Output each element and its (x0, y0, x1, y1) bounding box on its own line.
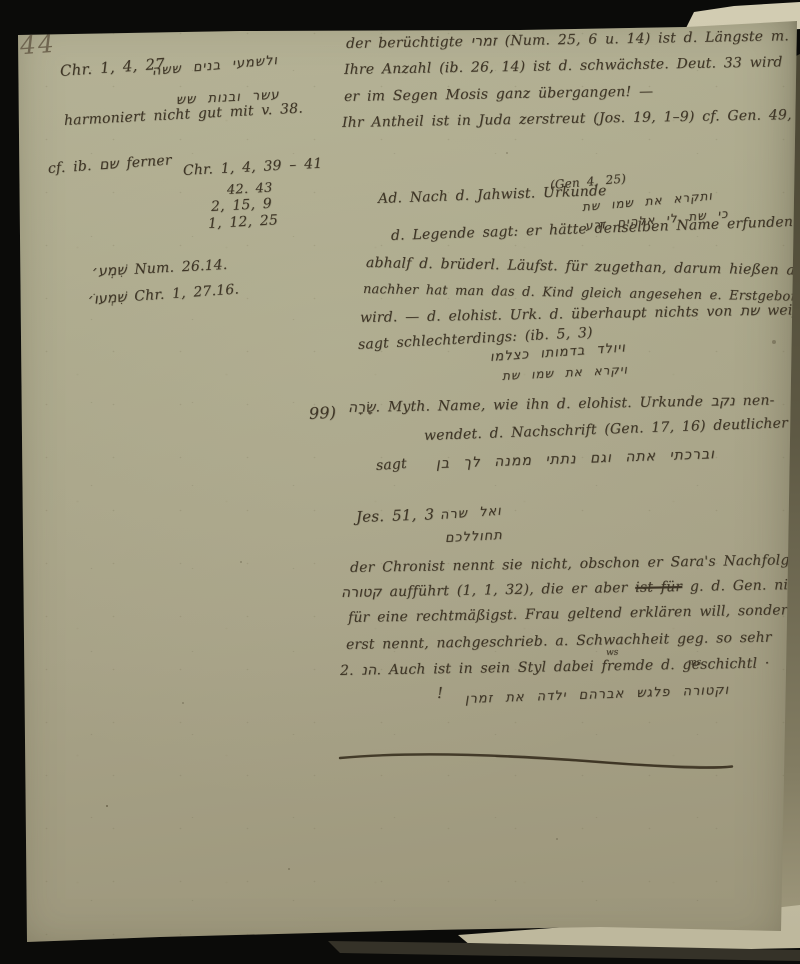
hebrew-line: תחוללכם (445, 528, 504, 546)
page-number: 44 (19, 29, 57, 60)
handwritten-line: Jes. 51, 3 (356, 505, 435, 526)
exclamation-mark: ! (437, 684, 444, 702)
scan-background: 44 Chr. 1, 4, 27 ולשמעי בנים ששה עשר ובנ… (0, 0, 800, 964)
paper-grain-texture (0, 0, 800, 964)
manuscript-page: 44 Chr. 1, 4, 27 ולשמעי בנים ששה עשר ובנ… (0, 0, 800, 964)
note-marker: 99) (309, 403, 337, 423)
text-segment: g. d. Gen. nicht (682, 577, 800, 595)
ink-specks (0, 0, 2, 2)
handwritten-divider-line (336, 748, 738, 776)
superscript-correction: ws (606, 648, 619, 658)
handwritten-line: sagt (375, 456, 407, 474)
strikethrough-text: ist für (635, 579, 682, 596)
